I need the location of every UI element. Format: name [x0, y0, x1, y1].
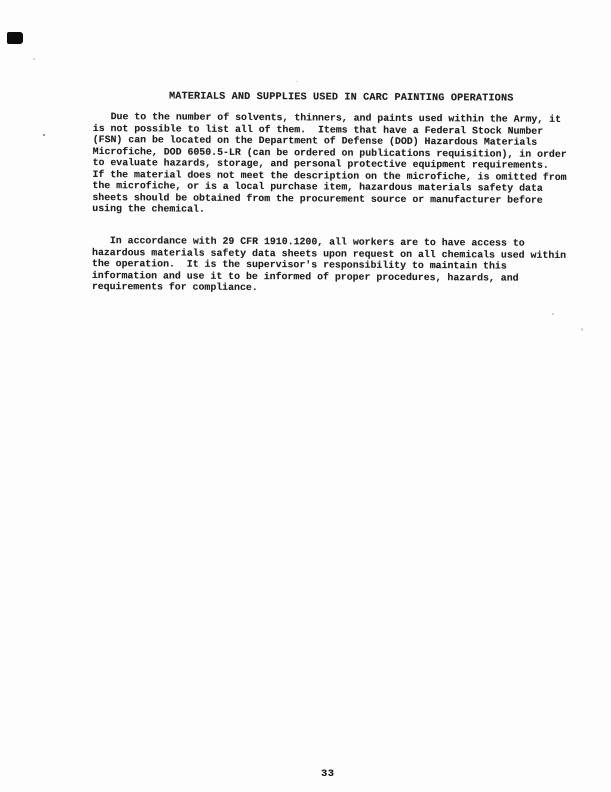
scanned-document-page: MATERIALS AND SUPPLIES USED IN CARC PAIN… — [0, 0, 611, 792]
paragraph-1: Due to the number of solvents, thinners,… — [92, 111, 567, 218]
document-title: MATERIALS AND SUPPLIES USED IN CARC PAIN… — [169, 91, 514, 104]
document-content: MATERIALS AND SUPPLIES USED IN CARC PAIN… — [0, 0, 611, 792]
paragraph-2: In accordance with 29 CFR 1910.1200, all… — [92, 235, 566, 296]
page-number: 33 — [321, 768, 335, 780]
